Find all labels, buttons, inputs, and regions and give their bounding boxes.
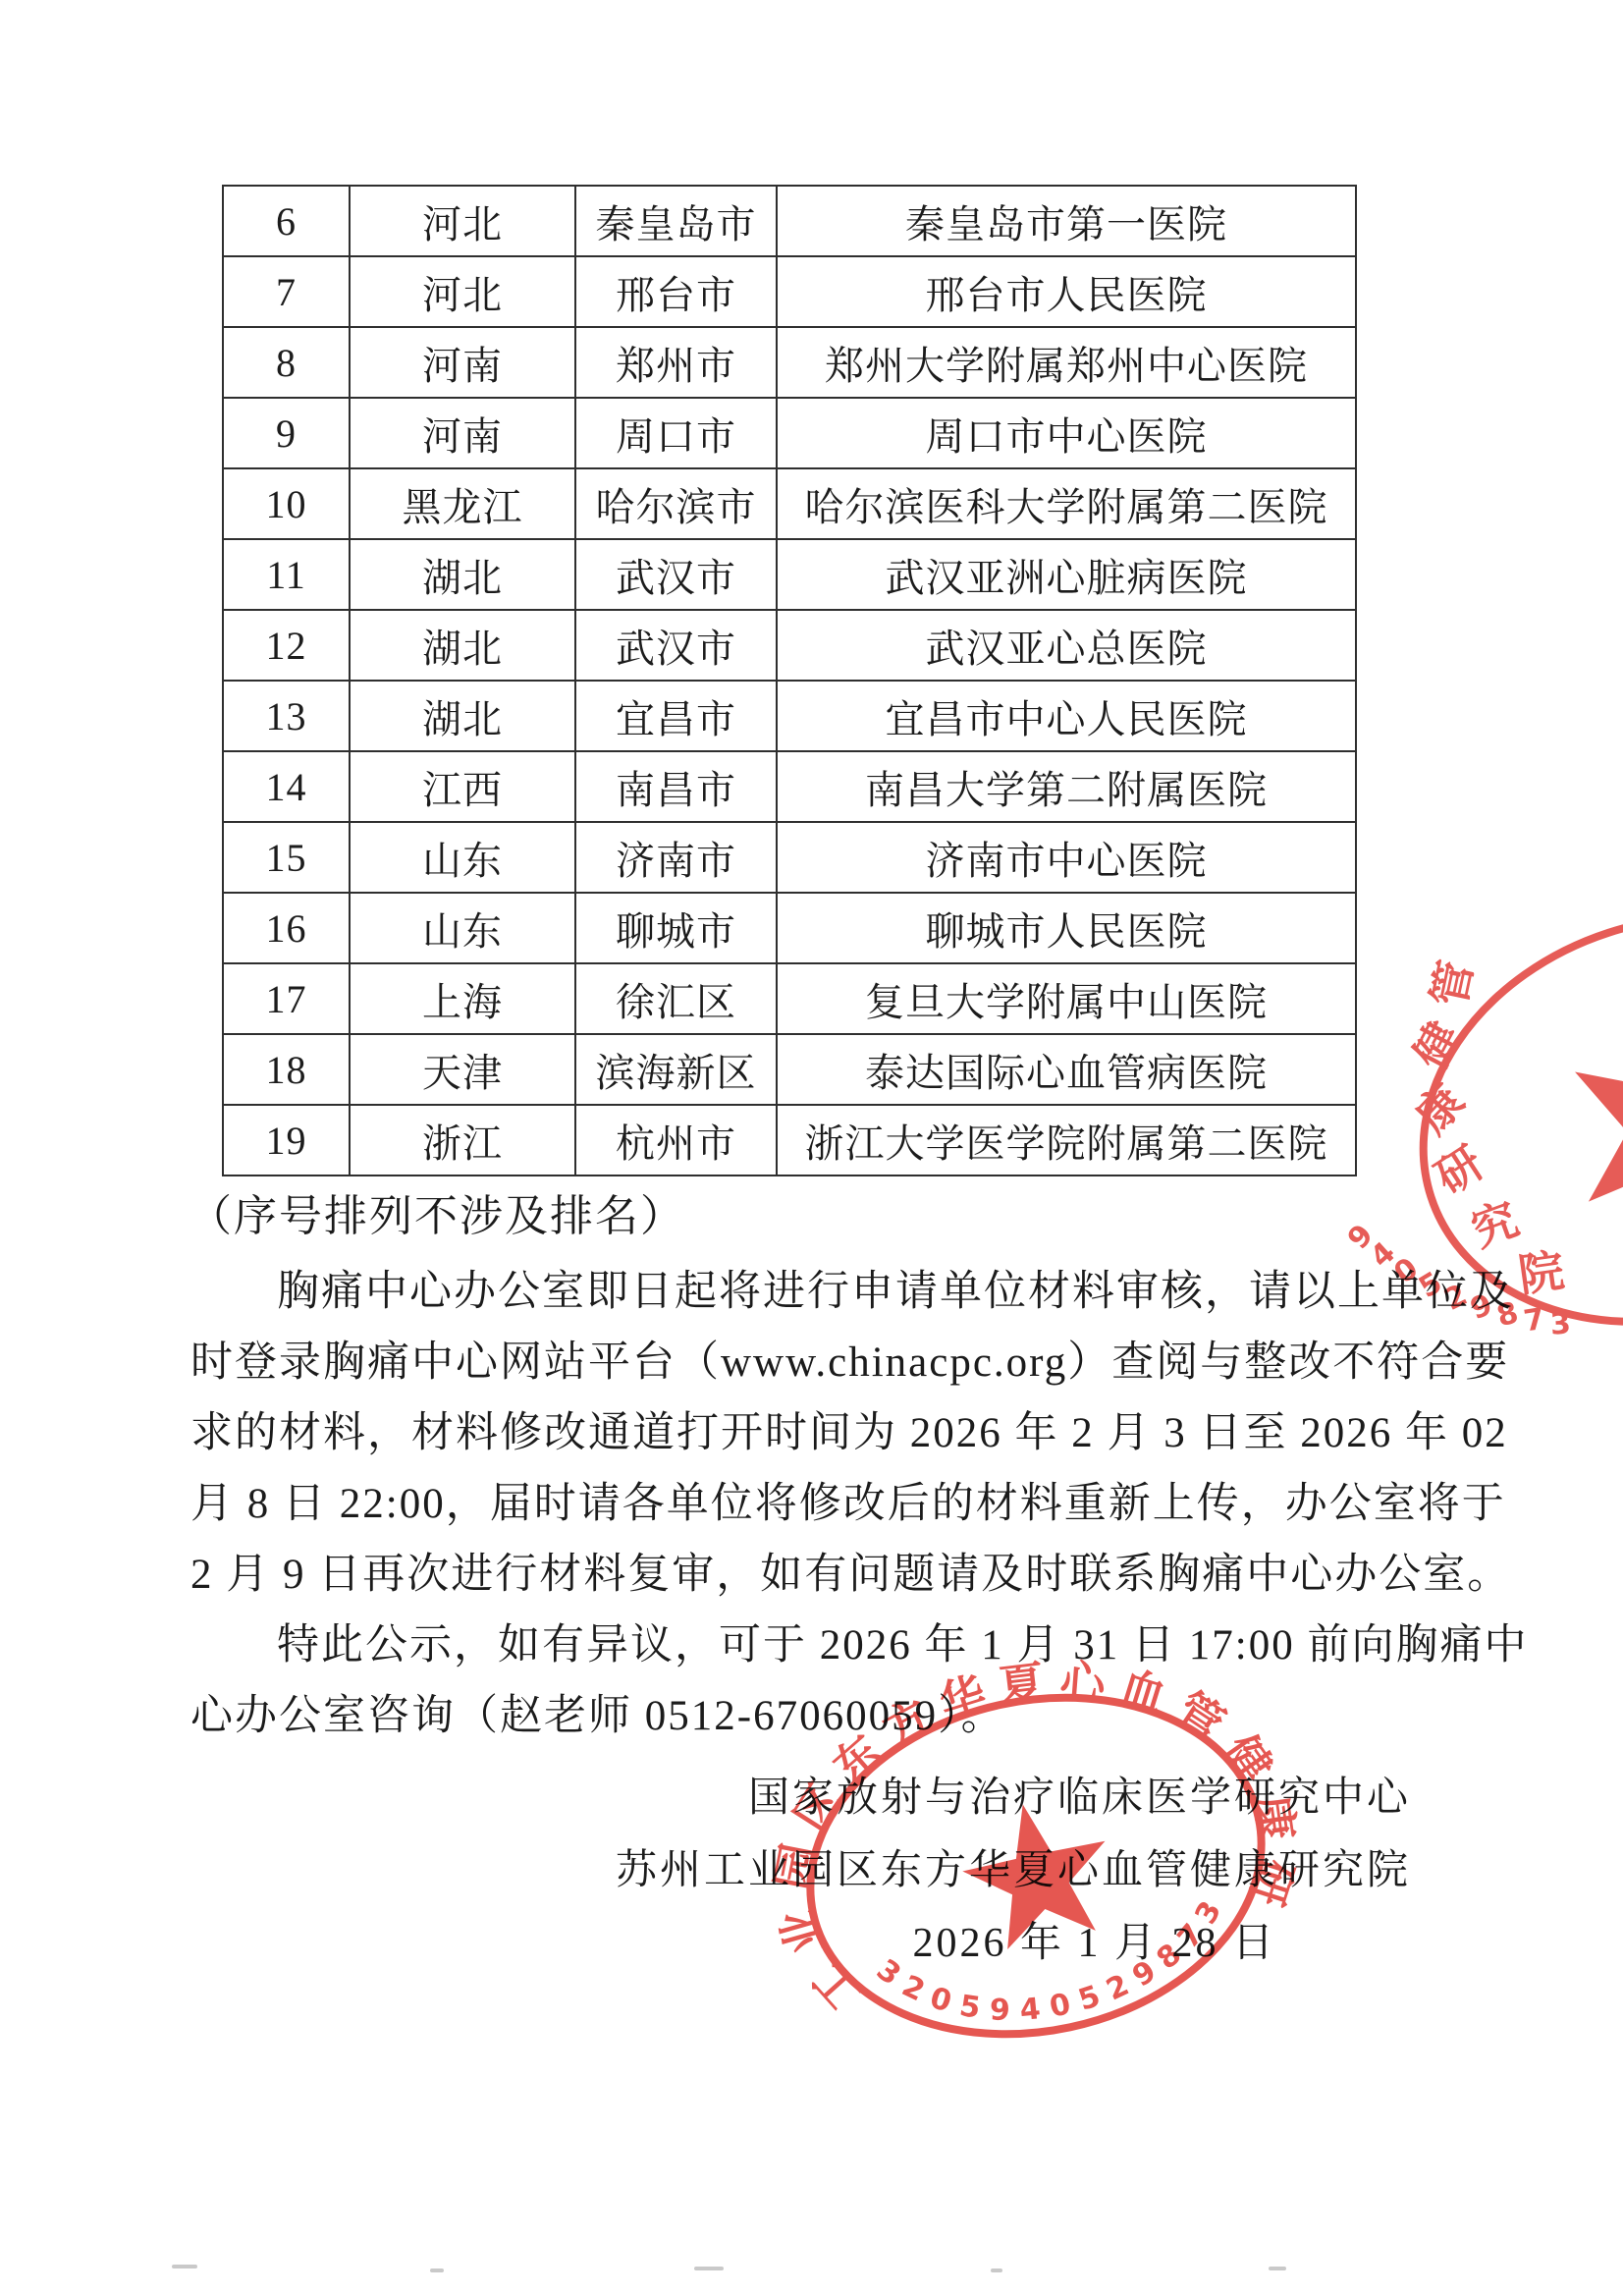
cell-city: 秦皇岛市 [575, 186, 777, 256]
paragraph-line: 特此公示，如有异议，可于 2026 年 1 月 31 日 17:00 前向胸痛中 [190, 1611, 1496, 1681]
scan-artifact [172, 2265, 197, 2269]
cell-province: 河北 [350, 186, 575, 256]
cell-city: 武汉市 [575, 610, 777, 681]
cell-city: 哈尔滨市 [575, 468, 777, 539]
cell-hospital: 武汉亚洲心脏病医院 [777, 539, 1356, 610]
table-row: 8河南郑州市郑州大学附属郑州中心医院 [223, 327, 1356, 398]
cell-hospital: 周口市中心医院 [777, 398, 1356, 468]
paragraph-line: 求的材料，材料修改通道打开时间为 2026 年 2 月 3 日至 2026 年 … [190, 1398, 1496, 1469]
cell-province: 天津 [350, 1034, 575, 1105]
cell-province: 山东 [350, 822, 575, 893]
cell-city: 滨海新区 [575, 1034, 777, 1105]
cell-hospital: 复旦大学附属中山医院 [777, 963, 1356, 1034]
cell-hospital: 泰达国际心血管病医院 [777, 1034, 1356, 1105]
cell-no: 15 [223, 822, 350, 893]
cell-province: 江西 [350, 751, 575, 822]
table-row: 16山东聊城市聊城市人民医院 [223, 893, 1356, 963]
cell-hospital: 宜昌市中心人民医院 [777, 681, 1356, 751]
svg-text:康: 康 [1406, 1075, 1474, 1142]
cell-no: 19 [223, 1105, 350, 1175]
cell-no: 10 [223, 468, 350, 539]
cell-no: 9 [223, 398, 350, 468]
cell-city: 邢台市 [575, 256, 777, 327]
scan-artifact [1269, 2267, 1286, 2270]
scan-artifact [991, 2269, 1002, 2272]
hospital-table: 6河北秦皇岛市秦皇岛市第一医院7河北邢台市邢台市人民医院8河南郑州市郑州大学附属… [222, 185, 1357, 1176]
cell-city: 宜昌市 [575, 681, 777, 751]
table-row: 13湖北宜昌市宜昌市中心人民医院 [223, 681, 1356, 751]
star-icon [1549, 997, 1623, 1237]
svg-text:健: 健 [1405, 1013, 1471, 1077]
cell-city: 武汉市 [575, 539, 777, 610]
signature-org-1: 国家放射与治疗临床医学研究中心 [748, 1770, 1411, 1827]
table-row: 18天津滨海新区泰达国际心血管病医院 [223, 1034, 1356, 1105]
cell-no: 7 [223, 256, 350, 327]
paragraph-line: 时登录胸痛中心网站平台（www.chinacpc.org）查阅与整改不符合要 [190, 1328, 1496, 1398]
table-row: 11湖北武汉市武汉亚洲心脏病医院 [223, 539, 1356, 610]
cell-province: 河北 [350, 256, 575, 327]
cell-province: 浙江 [350, 1105, 575, 1175]
cell-province: 河南 [350, 398, 575, 468]
cell-province: 上海 [350, 963, 575, 1034]
cell-no: 16 [223, 893, 350, 963]
cell-province: 湖北 [350, 539, 575, 610]
svg-text:院: 院 [1516, 1245, 1568, 1301]
ranking-note: （序号排列不涉及排名） [189, 1184, 685, 1249]
cell-hospital: 秦皇岛市第一医院 [777, 186, 1356, 256]
paragraph-line: 月 8 日 22:00，届时请各单位将修改后的材料重新上传，办公室将于 [190, 1469, 1496, 1540]
svg-text:9: 9 [1341, 1218, 1380, 1256]
cell-province: 河南 [350, 327, 575, 398]
page: { "table": { "rows": [ {"no":"6","provin… [0, 0, 1623, 2296]
cell-province: 湖北 [350, 610, 575, 681]
cell-no: 18 [223, 1034, 350, 1105]
hospital-table-body: 6河北秦皇岛市秦皇岛市第一医院7河北邢台市邢台市人民医院8河南郑州市郑州大学附属… [223, 186, 1356, 1175]
scan-artifact [694, 2267, 724, 2270]
svg-text:3: 3 [1549, 1306, 1572, 1341]
body-paragraphs: 胸痛中心办公室即日起将进行申请单位材料审核，请以上单位及时登录胸痛中心网站平台（… [190, 1257, 1496, 1752]
cell-city: 聊城市 [575, 893, 777, 963]
cell-city: 济南市 [575, 822, 777, 893]
scan-artifact [430, 2269, 444, 2272]
paragraph-line: 2 月 9 日再次进行材料复审，如有问题请及时联系胸痛中心办公室。 [190, 1540, 1496, 1611]
table-row: 17上海徐汇区复旦大学附属中山医院 [223, 963, 1356, 1034]
cell-no: 6 [223, 186, 350, 256]
edge-seal-org-chars: 管健康研究院 [1405, 957, 1567, 1301]
svg-text:研: 研 [1427, 1137, 1491, 1204]
table-row: 12湖北武汉市武汉亚心总医院 [223, 610, 1356, 681]
table-row: 10黑龙江哈尔滨市哈尔滨医科大学附属第二医院 [223, 468, 1356, 539]
cell-no: 14 [223, 751, 350, 822]
cell-hospital: 浙江大学医学院附属第二医院 [777, 1105, 1356, 1175]
cell-province: 黑龙江 [350, 468, 575, 539]
table-row: 9河南周口市周口市中心医院 [223, 398, 1356, 468]
cell-hospital: 邢台市人民医院 [777, 256, 1356, 327]
cell-hospital: 郑州大学附属郑州中心医院 [777, 327, 1356, 398]
cell-city: 杭州市 [575, 1105, 777, 1175]
cell-city: 郑州市 [575, 327, 777, 398]
table-row: 19浙江杭州市浙江大学医学院附属第二医院 [223, 1105, 1356, 1175]
cell-city: 南昌市 [575, 751, 777, 822]
cell-hospital: 聊城市人民医院 [777, 893, 1356, 963]
paragraph-line: 心办公室咨询（赵老师 0512-67060059）。 [190, 1681, 1496, 1752]
table-row: 7河北邢台市邢台市人民医院 [223, 256, 1356, 327]
cell-no: 17 [223, 963, 350, 1034]
cell-province: 山东 [350, 893, 575, 963]
signature-date: 2026 年 1 月 28 日 [912, 1915, 1276, 1972]
paragraph-line: 胸痛中心办公室即日起将进行申请单位材料审核，请以上单位及 [190, 1257, 1496, 1328]
cell-hospital: 南昌大学第二附属医院 [777, 751, 1356, 822]
cell-hospital: 武汉亚心总医院 [777, 610, 1356, 681]
table-row: 15山东济南市济南市中心医院 [223, 822, 1356, 893]
svg-text:管: 管 [1424, 957, 1482, 1011]
cell-city: 周口市 [575, 398, 777, 468]
svg-text:究: 究 [1465, 1194, 1525, 1257]
signature-org-2: 苏州工业园区东方华夏心血管健康研究院 [616, 1842, 1411, 1899]
cell-hospital: 济南市中心医院 [777, 822, 1356, 893]
svg-text:7: 7 [1521, 1302, 1546, 1339]
cell-no: 12 [223, 610, 350, 681]
cell-no: 8 [223, 327, 350, 398]
cell-hospital: 哈尔滨医科大学附属第二医院 [777, 468, 1356, 539]
table-row: 6河北秦皇岛市秦皇岛市第一医院 [223, 186, 1356, 256]
cell-province: 湖北 [350, 681, 575, 751]
cell-no: 13 [223, 681, 350, 751]
cell-city: 徐汇区 [575, 963, 777, 1034]
table-row: 14江西南昌市南昌大学第二附属医院 [223, 751, 1356, 822]
cell-no: 11 [223, 539, 350, 610]
